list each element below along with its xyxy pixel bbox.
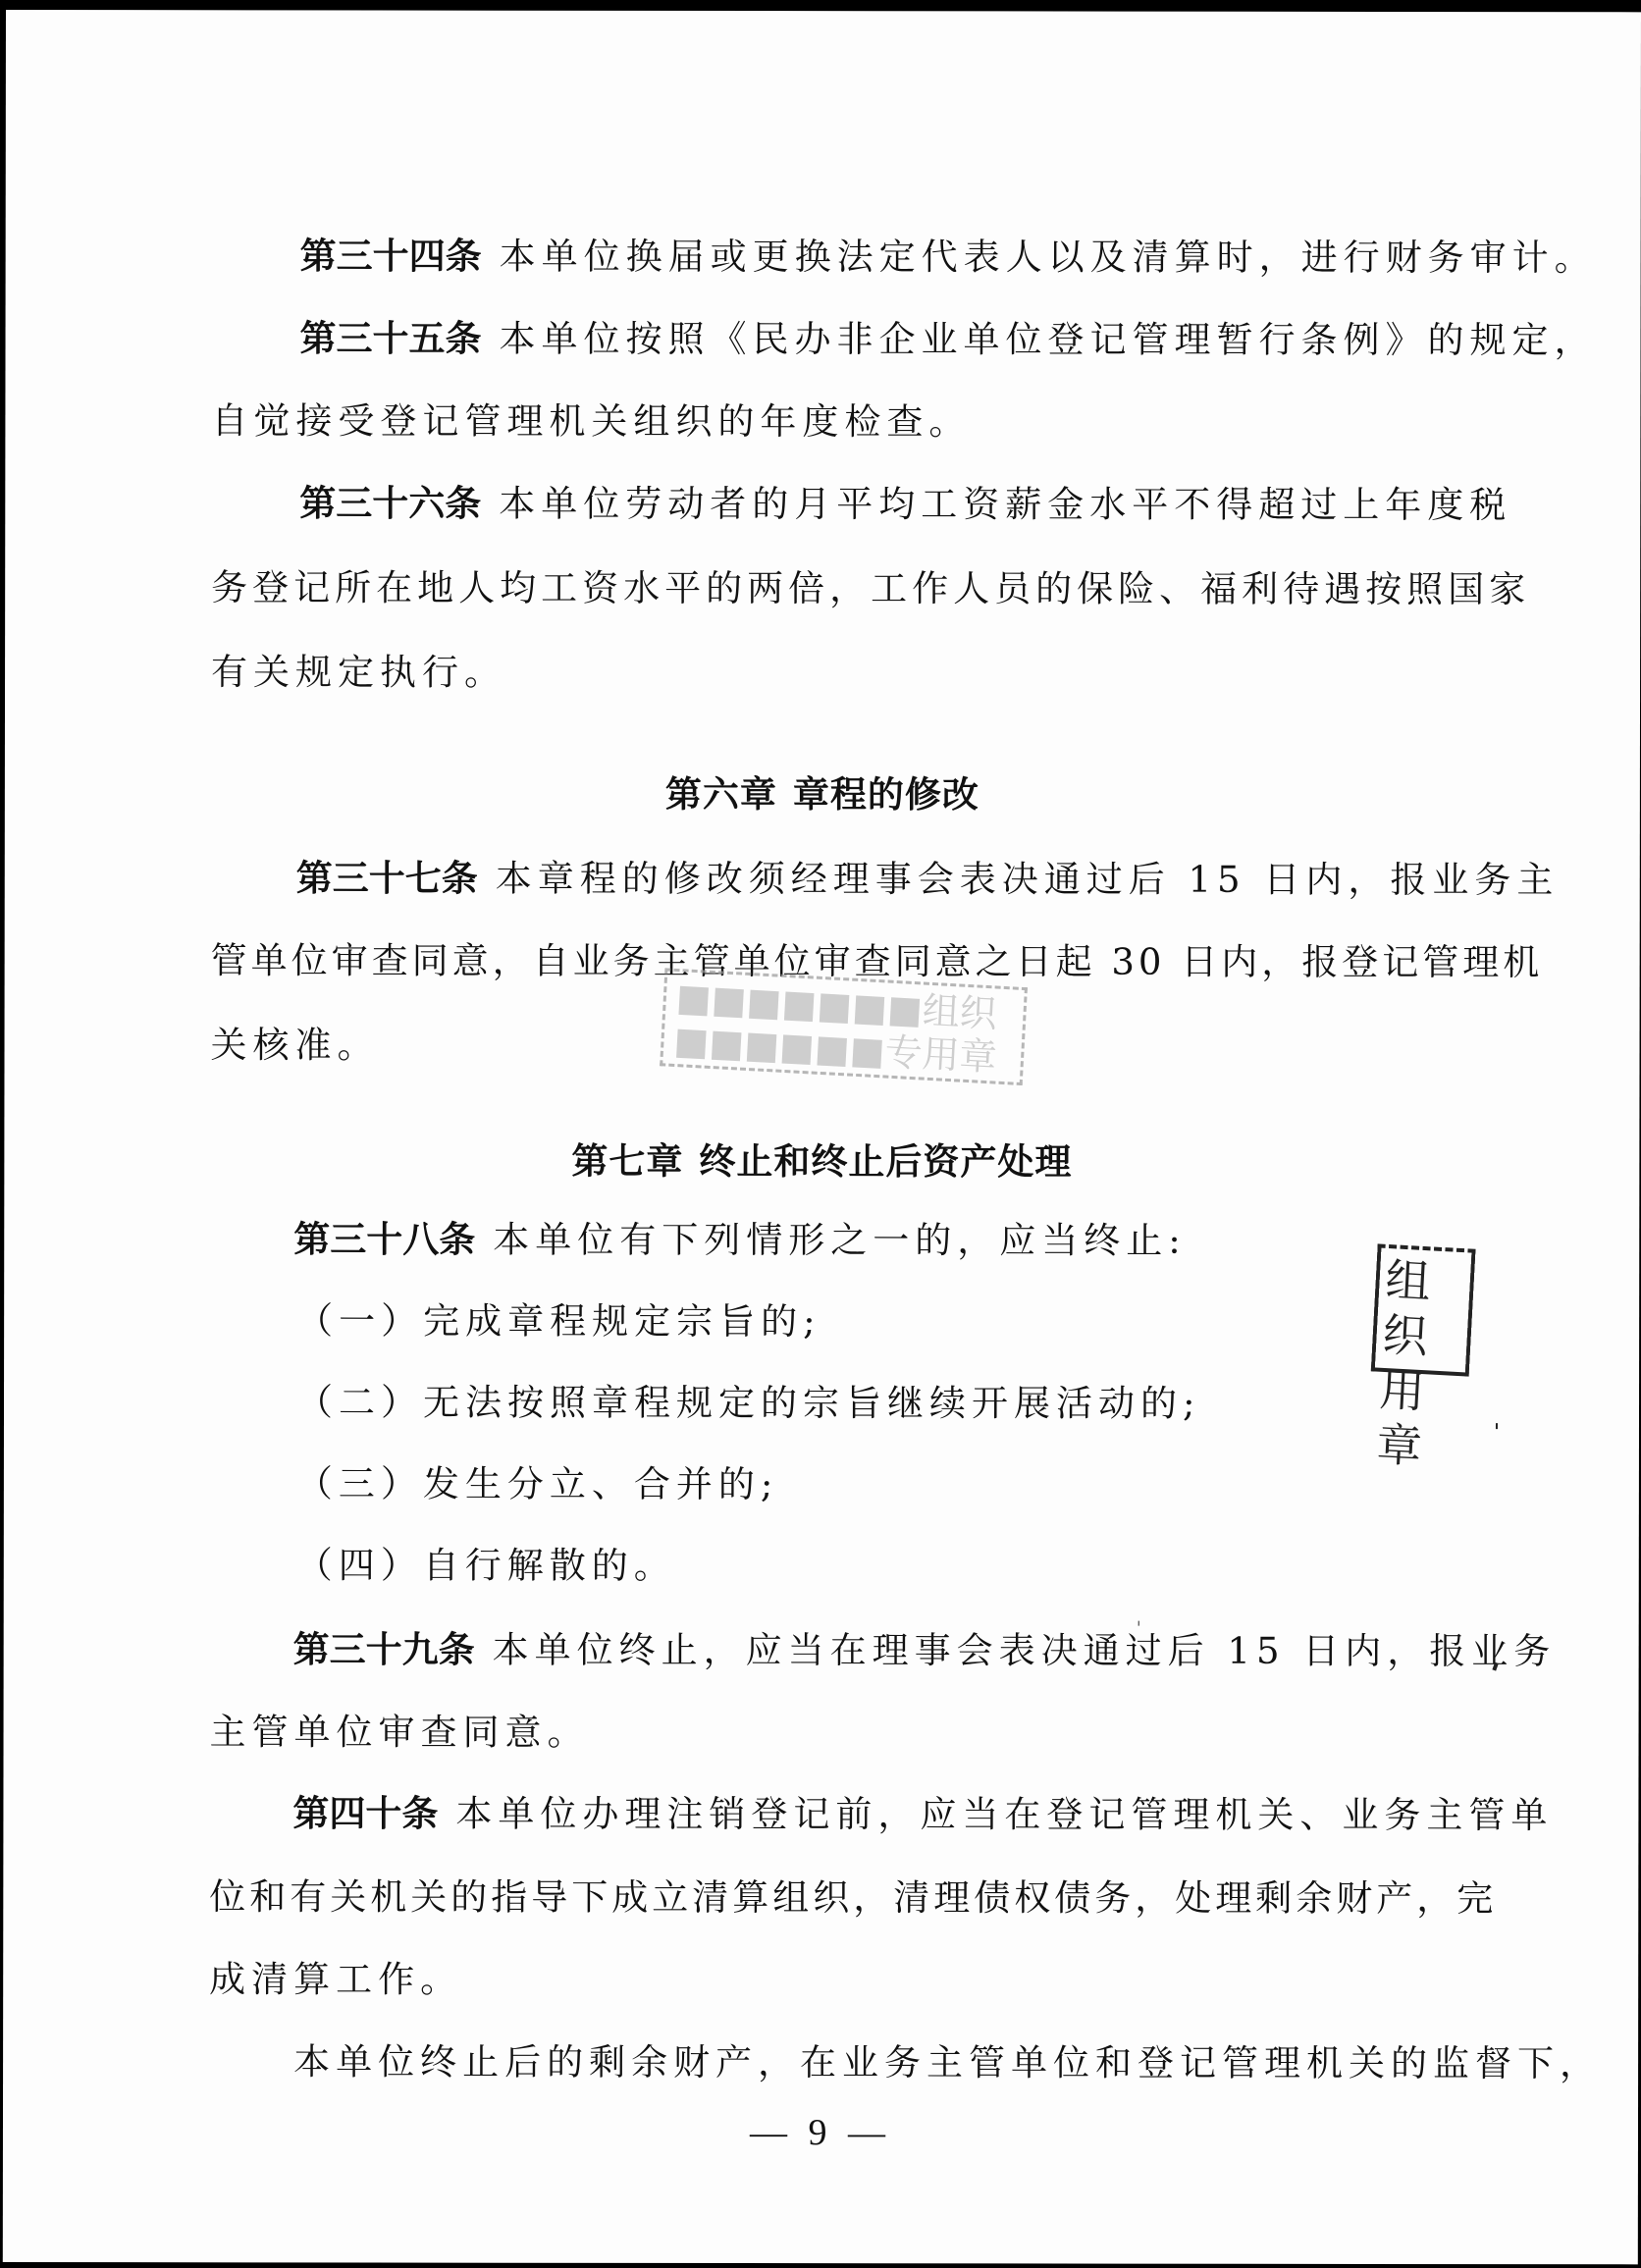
seal-text-line-1: 组织 (1381, 1252, 1465, 1366)
seal-text-line-2: 用章 (1375, 1362, 1459, 1476)
article-38: 第三十八条本单位有下列情形之一的，应当终止: (293, 1217, 1187, 1263)
chapter-6-heading: 第六章章程的修改 (5, 771, 1640, 818)
article-37: 第三十七条本章程的修改须经理事会表决通过后 15 日内，报业务主 (296, 856, 1560, 903)
scan-speck (1138, 1621, 1139, 1626)
official-seal-faint: ■■■■■■■组织 ■■■■■■专用章 (660, 968, 1028, 1085)
article-text: 本单位有下列情形之一的，应当终止: (493, 1219, 1187, 1262)
article-37-line-3: 关核准。 (210, 1023, 379, 1068)
chapter-number: 第七章 (571, 1140, 683, 1183)
article-38-item-1: （一）完成章程规定宗旨的; (296, 1298, 821, 1345)
article-40-line-3: 成清算工作。 (209, 1957, 462, 2002)
scan-speck (1496, 1423, 1498, 1429)
chapter-number: 第六章 (665, 773, 777, 816)
article-text: 本单位按照《民办非企业单位登记管理暂行条例》的规定， (500, 318, 1597, 362)
official-seal-partial: 组织 用章 (1371, 1243, 1476, 1376)
article-heading: 第三十六条 (299, 482, 481, 524)
article-heading: 第三十七条 (296, 857, 478, 899)
document-page: 第三十四条本单位换届或更换法定代表人以及清算时，进行财务审计。 第三十五条本单位… (3, 10, 1641, 2264)
chapter-title: 终止和终止后资产处理 (699, 1140, 1072, 1184)
chapter-7-heading: 第七章终止和终止后资产处理 (4, 1138, 1639, 1186)
article-heading: 第四十条 (292, 1792, 438, 1834)
article-38-item-3: （三）发生分立、合并的; (296, 1461, 779, 1507)
article-text: 本单位劳动者的月平均工资薪金水平不得超过上年度税 (499, 483, 1511, 526)
article-35-line-2: 自觉接受登记管理机关组织的年度检查。 (211, 398, 971, 445)
article-text: 本单位办理注销登记前，应当在登记管理机关、业务主管单 (455, 1793, 1553, 1837)
article-heading: 第三十九条 (293, 1628, 475, 1670)
article-heading: 第三十八条 (293, 1218, 475, 1260)
article-40-line-2: 位和有关机关的指导下成立清算组织，清理债权债务，处理剩余财产，完 (209, 1874, 1497, 1922)
article-heading: 第三十四条 (300, 235, 482, 277)
article-35: 第三十五条本单位按照《民办非企业单位登记管理暂行条例》的规定， (299, 316, 1596, 363)
article-39-line-2: 主管单位审查同意。 (210, 1710, 590, 1756)
article-36-line-2: 务登记所在地人均工资水平的两倍，工作人员的保险、福利待遇按照国家 (211, 565, 1530, 612)
article-38-item-4: （四）自行解散的。 (296, 1543, 676, 1589)
article-40: 第四十条本单位办理注销登记前，应当在登记管理机关、业务主管单 (292, 1791, 1553, 1838)
article-38-item-2: （二）无法按照章程规定的宗旨继续开展活动的; (296, 1380, 1201, 1426)
chapter-title: 章程的修改 (793, 773, 979, 816)
article-text: 本单位换届或更换法定代表人以及清算时，进行财务审计。 (500, 236, 1597, 280)
article-text: 本章程的修改须经理事会表决通过后 15 日内，报业务主 (496, 858, 1560, 902)
article-heading: 第三十五条 (300, 317, 482, 359)
article-text: 本单位终止，应当在理事会表决通过后 15 日内，报业务 (493, 1629, 1557, 1673)
article-36: 第三十六条本单位劳动者的月平均工资薪金水平不得超过上年度税 (299, 481, 1511, 528)
article-36-line-3: 有关规定执行。 (211, 650, 506, 695)
article-39: 第三十九条本单位终止，应当在理事会表决通过后 15 日内，报业务 (293, 1627, 1557, 1674)
page-number: — 9 — (3, 2110, 1638, 2155)
article-40-paragraph-2: 本单位终止后的剩余财产，在业务主管单位和登记管理机关的监督下， (293, 2039, 1602, 2086)
article-34: 第三十四条本单位换届或更换法定代表人以及清算时，进行财务审计。 (300, 234, 1597, 281)
